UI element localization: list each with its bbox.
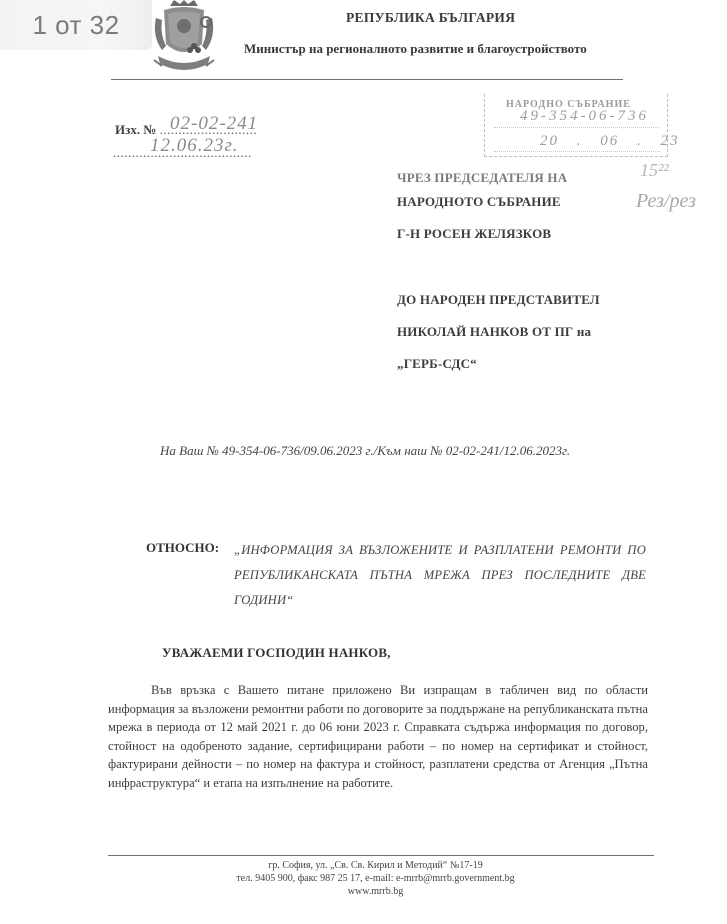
footer-contacts: тел. 9405 900, факс 987 25 17, e-mail: e… (12, 873, 727, 884)
addressee-to-line1: ДО НАРОДЕН ПРЕДСТАВИТЕЛ (397, 292, 600, 308)
letterhead-ministry: Министър на регионалното развитие и благ… (244, 41, 587, 57)
addressee-to-line3: „ГЕРБ-СДС“ (397, 356, 477, 372)
body-paragraph: Във връзка с Вашето питане приложено Ви … (108, 681, 648, 793)
margin-note-signature: Рез/рез (636, 190, 696, 213)
outgoing-date-handwritten: 12.06.23г. (150, 135, 238, 157)
outgoing-number-handwritten: 02-02-241 (170, 113, 258, 135)
stamp-number: 49-354-06-736 (520, 108, 649, 125)
letterhead-country: РЕПУБЛИКА БЪЛГАРИЯ (346, 10, 515, 26)
stamp-line (494, 151, 660, 152)
addressee-via-line1: ЧРЕЗ ПРЕДСЕДАТЕЛЯ НА (397, 170, 567, 186)
coat-of-arms-icon (150, 0, 218, 78)
page-indicator: 1 от 32 (0, 0, 152, 50)
addressee-via-line3: Г-Н РОСЕН ЖЕЛЯЗКОВ (397, 226, 551, 242)
footer-website: www.mrrb.bg (12, 886, 727, 897)
salutation: УВАЖАЕМИ ГОСПОДИН НАНКОВ, (162, 645, 391, 661)
addressee-to-line2: НИКОЛАЙ НАНКОВ ОТ ПГ на (397, 324, 591, 340)
stamp-date: 20 . 06 . 23 (540, 133, 680, 150)
header-divider (111, 79, 623, 80)
footer-divider (108, 855, 654, 856)
footer-address: гр. София, ул. „Св. Св. Кирил и Методий“… (12, 860, 727, 871)
subject-label: ОТНОСНО: (146, 540, 219, 556)
stamp-line (494, 127, 660, 128)
addressee-via-line2: НАРОДНОТО СЪБРАНИЕ (397, 194, 561, 210)
margin-note-time: 15²² (640, 160, 669, 181)
reference-line: На Ваш № 49-354-06-736/09.06.2023 г./Към… (160, 443, 570, 459)
subject-text: „ИНФОРМАЦИЯ ЗА ВЪЗЛОЖЕНИТЕ И РАЗПЛАТЕНИ … (234, 538, 646, 613)
